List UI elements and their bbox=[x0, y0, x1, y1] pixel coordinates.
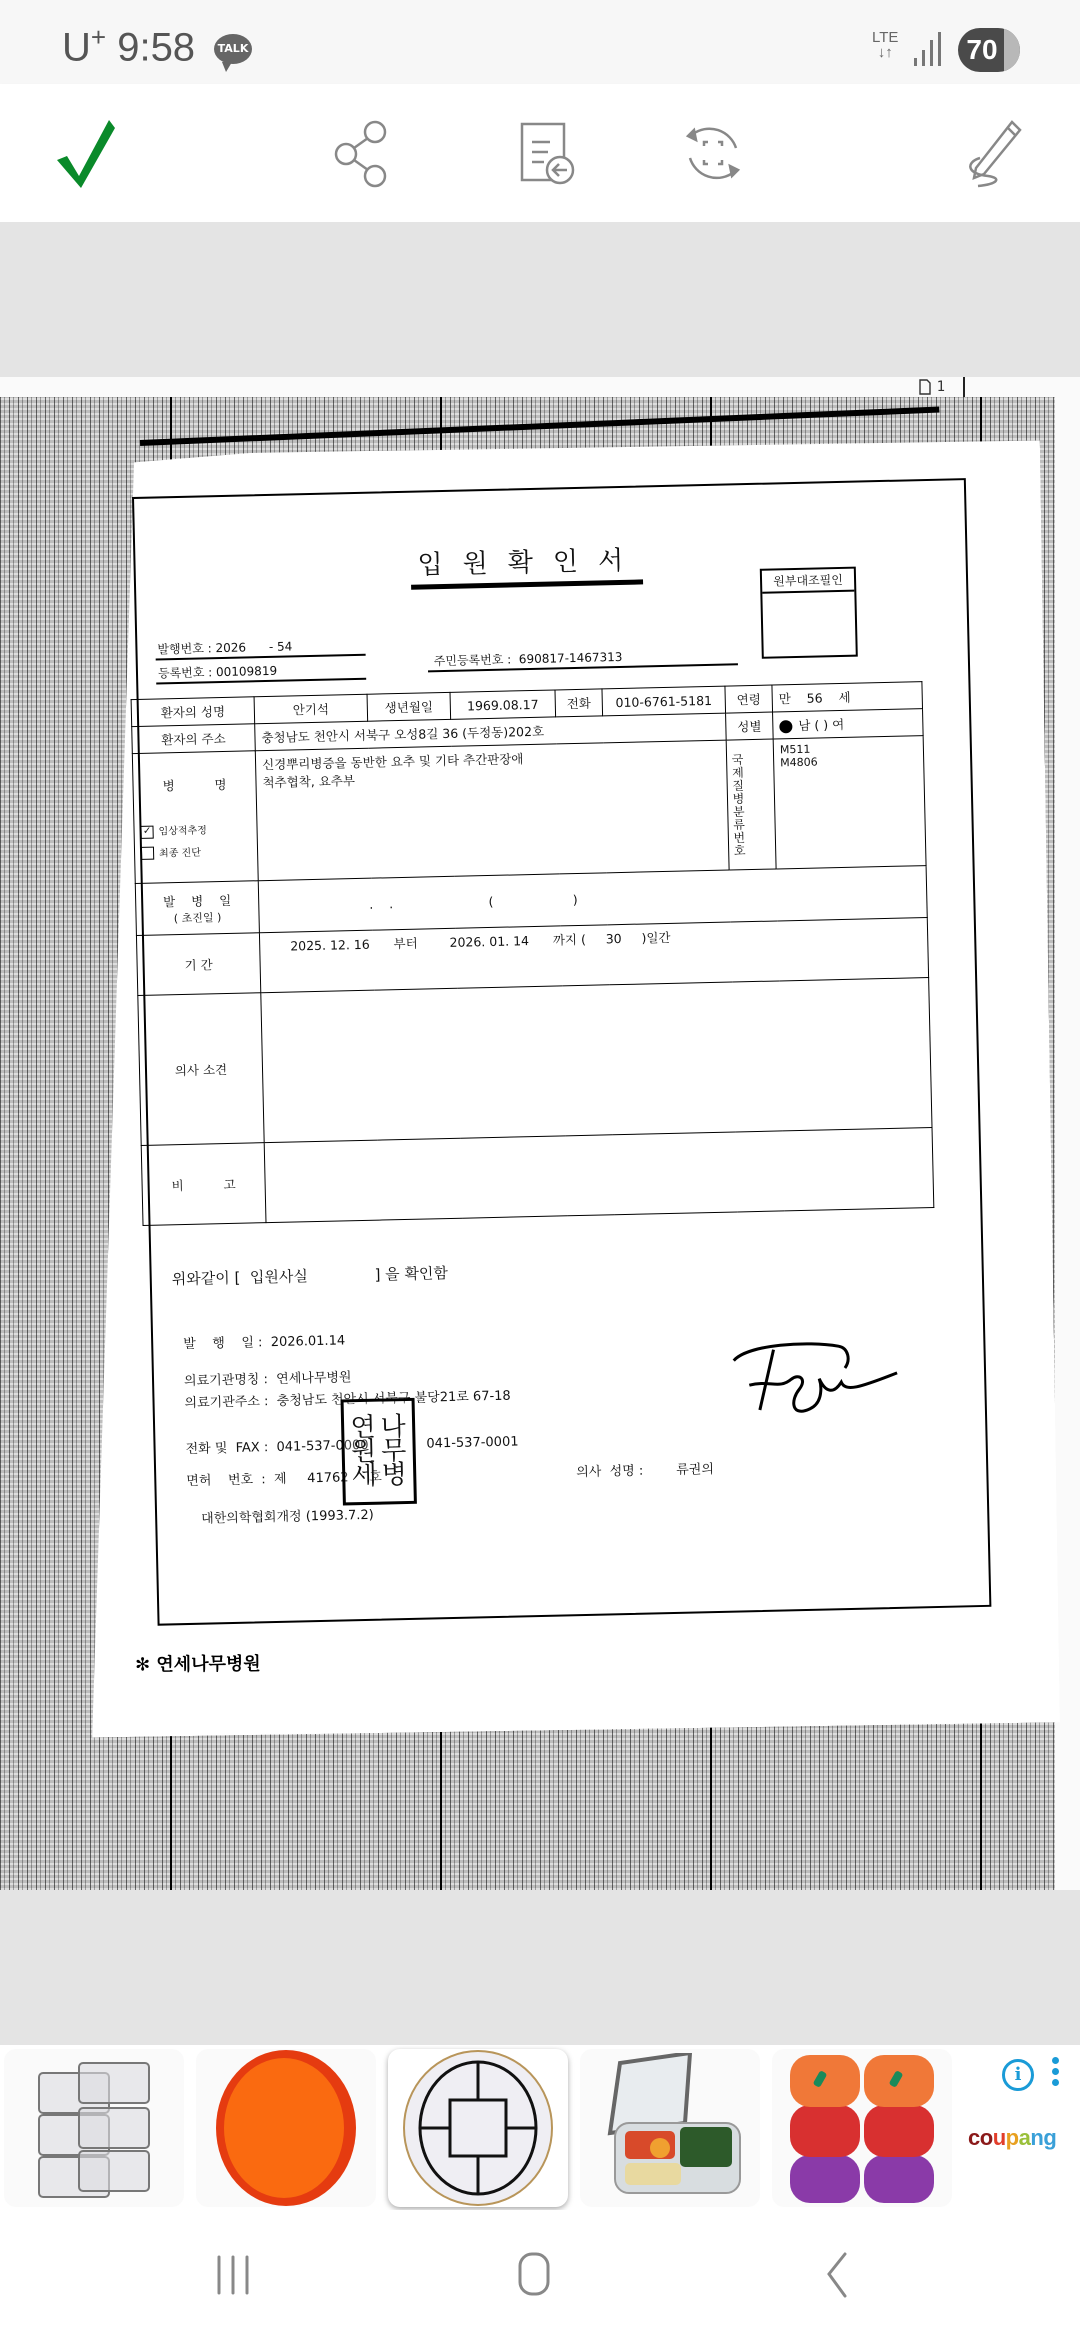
registration-number: 등록번호 : 00109819 bbox=[158, 662, 277, 682]
doctor-opinion-value bbox=[261, 978, 932, 1143]
pen-signature-icon bbox=[958, 118, 1028, 188]
ad-item-lunch-box[interactable] bbox=[580, 2049, 760, 2207]
talk-notification-icon: TALK bbox=[214, 34, 252, 64]
plate-icon bbox=[211, 2049, 361, 2207]
sex-label: 성별 bbox=[726, 712, 774, 740]
signal-icon bbox=[914, 30, 944, 66]
hospital-seal-stamp: 연나 원무 세병 bbox=[341, 1398, 417, 1506]
checked-checkbox-icon: ✓ bbox=[140, 825, 153, 838]
clinical-estimate-option: ✓임상적추정 bbox=[140, 820, 250, 838]
disease-label-cell: 병 명 ✓임상적추정 최종 진단 bbox=[132, 751, 258, 884]
viewer-background bbox=[0, 222, 1080, 377]
address-label: 환자의 주소 bbox=[132, 724, 256, 754]
clock: 9:58 bbox=[117, 25, 195, 69]
icd-code: M4806 bbox=[780, 753, 917, 769]
period-label: 기 간 bbox=[136, 933, 260, 996]
remarks-label: 비 고 bbox=[141, 1143, 266, 1226]
navigation-bar bbox=[0, 2210, 1080, 2340]
table-row: 비 고 bbox=[141, 1128, 934, 1226]
icd-codes: M511 M4806 bbox=[773, 736, 926, 869]
onset-label-cell: 발 병 일 ( 초진일 ) bbox=[135, 881, 259, 936]
bowls-icon bbox=[782, 2051, 942, 2206]
original-verify-label: 원부대조필인 bbox=[762, 569, 854, 594]
remarks-value bbox=[264, 1128, 934, 1223]
ad-more-icon[interactable] bbox=[1052, 2057, 1058, 2090]
status-bar: U+ 9:58 TALK LTE↓↑ 70 bbox=[0, 0, 1080, 84]
disease-label: 병 명 bbox=[139, 774, 249, 794]
toolbar bbox=[0, 84, 1080, 222]
checkmark-icon bbox=[53, 118, 123, 188]
issue-number: 발행번호 : 2026 - 54 bbox=[157, 637, 292, 657]
ad-item-storage-containers[interactable] bbox=[4, 2049, 184, 2207]
share-button[interactable] bbox=[318, 108, 408, 198]
home-icon bbox=[512, 2250, 556, 2300]
table-row: 의사 소견 bbox=[138, 978, 932, 1146]
ad-item-divided-plate[interactable] bbox=[388, 2049, 568, 2207]
patient-name-label: 환자의 성명 bbox=[131, 697, 255, 727]
document-export-icon bbox=[510, 118, 580, 188]
battery-level: 70 bbox=[958, 34, 1006, 66]
ad-info-icon[interactable]: i bbox=[1002, 2059, 1034, 2091]
ad-item-orange-plate[interactable] bbox=[196, 2049, 376, 2207]
age-value: 만 56 세 bbox=[772, 682, 923, 712]
phone-label: 전화 bbox=[555, 689, 603, 717]
disease-value: 신경뿌리병증을 동반한 요추 및 기타 추간판장애 척추협착, 요추부 bbox=[255, 740, 729, 881]
patient-name: 안기석 bbox=[254, 694, 368, 724]
patient-info-table: 환자의 성명 안기석 생년월일 1969.08.17 전화 010-6761-5… bbox=[131, 681, 935, 1226]
revision-note: 대한의학협회개정 (1993.7.2) bbox=[201, 1504, 374, 1527]
sign-button[interactable] bbox=[948, 108, 1038, 198]
final-diagnosis-option: 최종 진단 bbox=[141, 842, 251, 860]
confirmation-statement: 위와같이 [ 입원사실 ] 을 확인함 bbox=[172, 1262, 449, 1289]
doctor-name: 의사 성명 : 류권의 bbox=[576, 1458, 714, 1480]
icd-label: 국제질병분류번호 bbox=[729, 753, 748, 857]
lunch-box-icon bbox=[590, 2053, 750, 2203]
admission-certificate: 입원확인서 원부대조필인 발행번호 : 2026 - 54 등록번호 : 001… bbox=[132, 478, 991, 1626]
export-document-button[interactable] bbox=[500, 108, 590, 198]
institution-name: 의료기관명칭 : 연세나무병원 bbox=[184, 1366, 352, 1389]
page-bar: 1 bbox=[0, 377, 1080, 397]
share-icon bbox=[328, 118, 398, 188]
back-button[interactable] bbox=[797, 2240, 877, 2310]
lte-icon: LTE↓↑ bbox=[872, 30, 898, 60]
coupang-logo[interactable]: coupang bbox=[968, 2125, 1056, 2151]
recent-apps-button[interactable] bbox=[193, 2240, 273, 2310]
back-icon bbox=[815, 2250, 859, 2300]
doctor-opinion-label: 의사 소견 bbox=[138, 993, 264, 1146]
page-number: 1 bbox=[937, 379, 945, 395]
title-underline bbox=[411, 579, 643, 589]
rotate-crop-icon bbox=[678, 118, 748, 188]
divided-plate-icon bbox=[398, 2049, 558, 2207]
sex-value: 남 ( ) 여 bbox=[773, 709, 924, 739]
icd-label-cell: 국제질병분류번호 bbox=[726, 739, 776, 870]
confirm-button[interactable] bbox=[43, 108, 133, 198]
page-indicator: 1 bbox=[919, 377, 965, 397]
hospital-logo: ✻ 연세나무병원 bbox=[135, 1649, 261, 1676]
selected-radio-icon bbox=[779, 720, 792, 733]
ad-item-silicone-bowls[interactable] bbox=[772, 2049, 952, 2207]
page-icon bbox=[919, 379, 931, 395]
issue-date: 발 행 일 : 2026.01.14 bbox=[183, 1329, 345, 1352]
phone-value: 010-6761-5181 bbox=[602, 686, 726, 716]
birth-label: 생년월일 bbox=[367, 692, 451, 721]
rotate-crop-button[interactable] bbox=[668, 108, 758, 198]
recent-apps-icon bbox=[211, 2253, 255, 2297]
age-label: 연령 bbox=[725, 685, 773, 713]
doctor-signature bbox=[728, 1337, 900, 1421]
ad-banner: i coupang bbox=[0, 2045, 1080, 2210]
table-row: 병 명 ✓임상적추정 최종 진단 신경뿌리병증을 동반한 요추 및 기타 추간판… bbox=[132, 736, 926, 884]
home-button[interactable] bbox=[494, 2240, 574, 2310]
carrier-sup: + bbox=[91, 22, 106, 52]
onset-sub-label: ( 초진일 ) bbox=[142, 908, 252, 926]
original-verify-box: 원부대조필인 bbox=[760, 567, 858, 659]
viewer-background bbox=[0, 1890, 1080, 2045]
unchecked-checkbox-icon bbox=[141, 847, 154, 860]
container-stack-icon bbox=[19, 2053, 169, 2203]
battery-icon: 70 bbox=[958, 28, 1020, 72]
text-cursor bbox=[963, 377, 965, 397]
carrier-time: U+ 9:58 bbox=[62, 22, 195, 70]
birth-value: 1969.08.17 bbox=[450, 690, 556, 719]
document-title: 입원확인서 bbox=[417, 539, 643, 581]
carrier-label: U bbox=[62, 25, 91, 69]
